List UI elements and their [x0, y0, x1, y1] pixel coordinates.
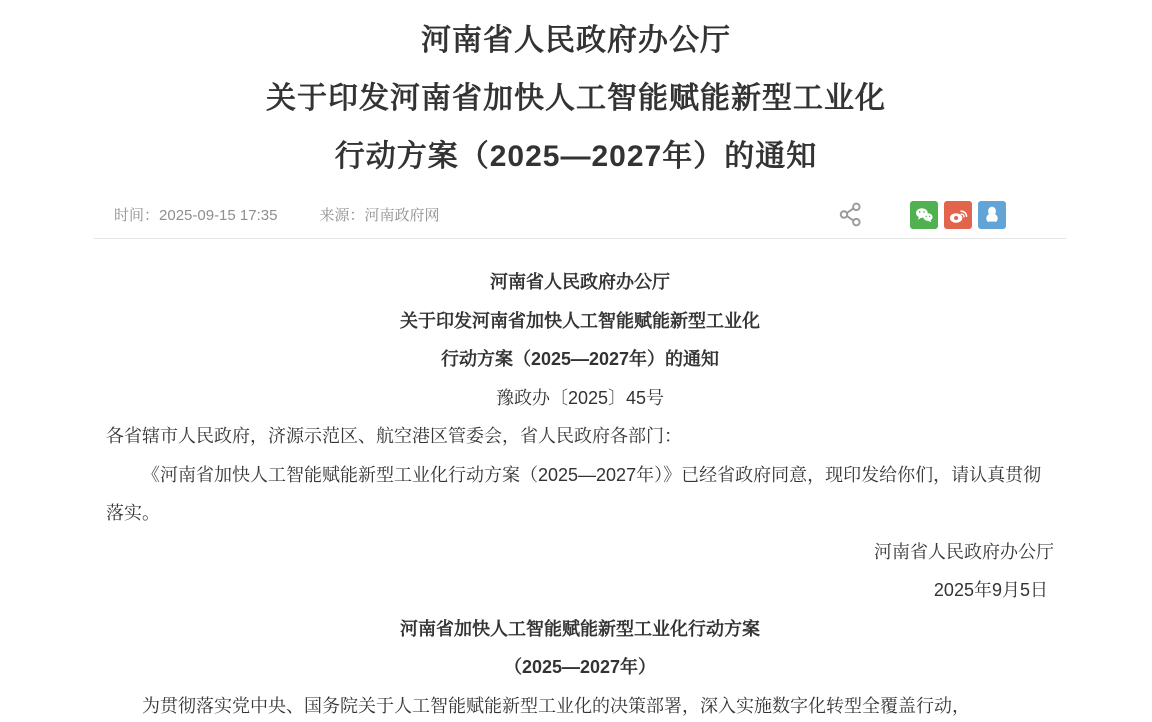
doc-heading-line-2: 关于印发河南省加快人工智能赋能新型工业化	[106, 302, 1054, 341]
doc-number: 豫政办〔2025〕45号	[106, 379, 1054, 418]
publish-time: 时间：2025-09-15 17:35	[114, 204, 277, 225]
doc-heading-line-1: 河南省人民政府办公厅	[106, 263, 1054, 302]
share-toolbar	[837, 201, 1006, 229]
source: 来源：河南政府网	[319, 204, 439, 225]
qq-share-icon[interactable]	[978, 201, 1006, 229]
time-value: 2025-09-15 17:35	[159, 207, 277, 224]
share-icon[interactable]	[837, 201, 864, 228]
page-title: 河南省人民政府办公厅 关于印发河南省加快人工智能赋能新型工业化 行动方案（202…	[0, 0, 1152, 186]
plan-body-paragraph: 为贯彻落实党中央、国务院关于人工智能赋能新型工业化的决策部署，深入实施数字化转型…	[106, 687, 1054, 722]
time-label: 时间：	[114, 207, 159, 224]
document-body: 河南省人民政府办公厅 关于印发河南省加快人工智能赋能新型工业化 行动方案（202…	[94, 239, 1066, 722]
article-page: 河南省人民政府办公厅 关于印发河南省加快人工智能赋能新型工业化 行动方案（202…	[0, 0, 1152, 722]
wechat-share-icon[interactable]	[910, 201, 938, 229]
page-title-line-2: 关于印发河南省加快人工智能赋能新型工业化	[0, 70, 1152, 128]
source-label: 来源：	[319, 207, 364, 224]
signature-org: 河南省人民政府办公厅	[106, 533, 1054, 572]
plan-title-line-1: 河南省加快人工智能赋能新型工业化行动方案	[106, 610, 1054, 649]
page-title-line-1: 河南省人民政府办公厅	[0, 12, 1152, 70]
weibo-share-icon[interactable]	[944, 201, 972, 229]
addressee-line: 各省辖市人民政府，济源示范区、航空港区管委会，省人民政府各部门：	[106, 417, 1054, 456]
notice-paragraph: 《河南省加快人工智能赋能新型工业化行动方案（2025—2027年）》已经省政府同…	[106, 456, 1054, 533]
doc-heading-line-3: 行动方案（2025—2027年）的通知	[106, 340, 1054, 379]
page-title-line-3: 行动方案（2025—2027年）的通知	[0, 128, 1152, 186]
meta-bar: 时间：2025-09-15 17:35 来源：河南政府网	[94, 191, 1066, 239]
signature-date: 2025年9月5日	[106, 571, 1054, 610]
plan-title-line-2: （2025—2027年）	[106, 648, 1054, 687]
source-value: 河南政府网	[364, 207, 439, 224]
